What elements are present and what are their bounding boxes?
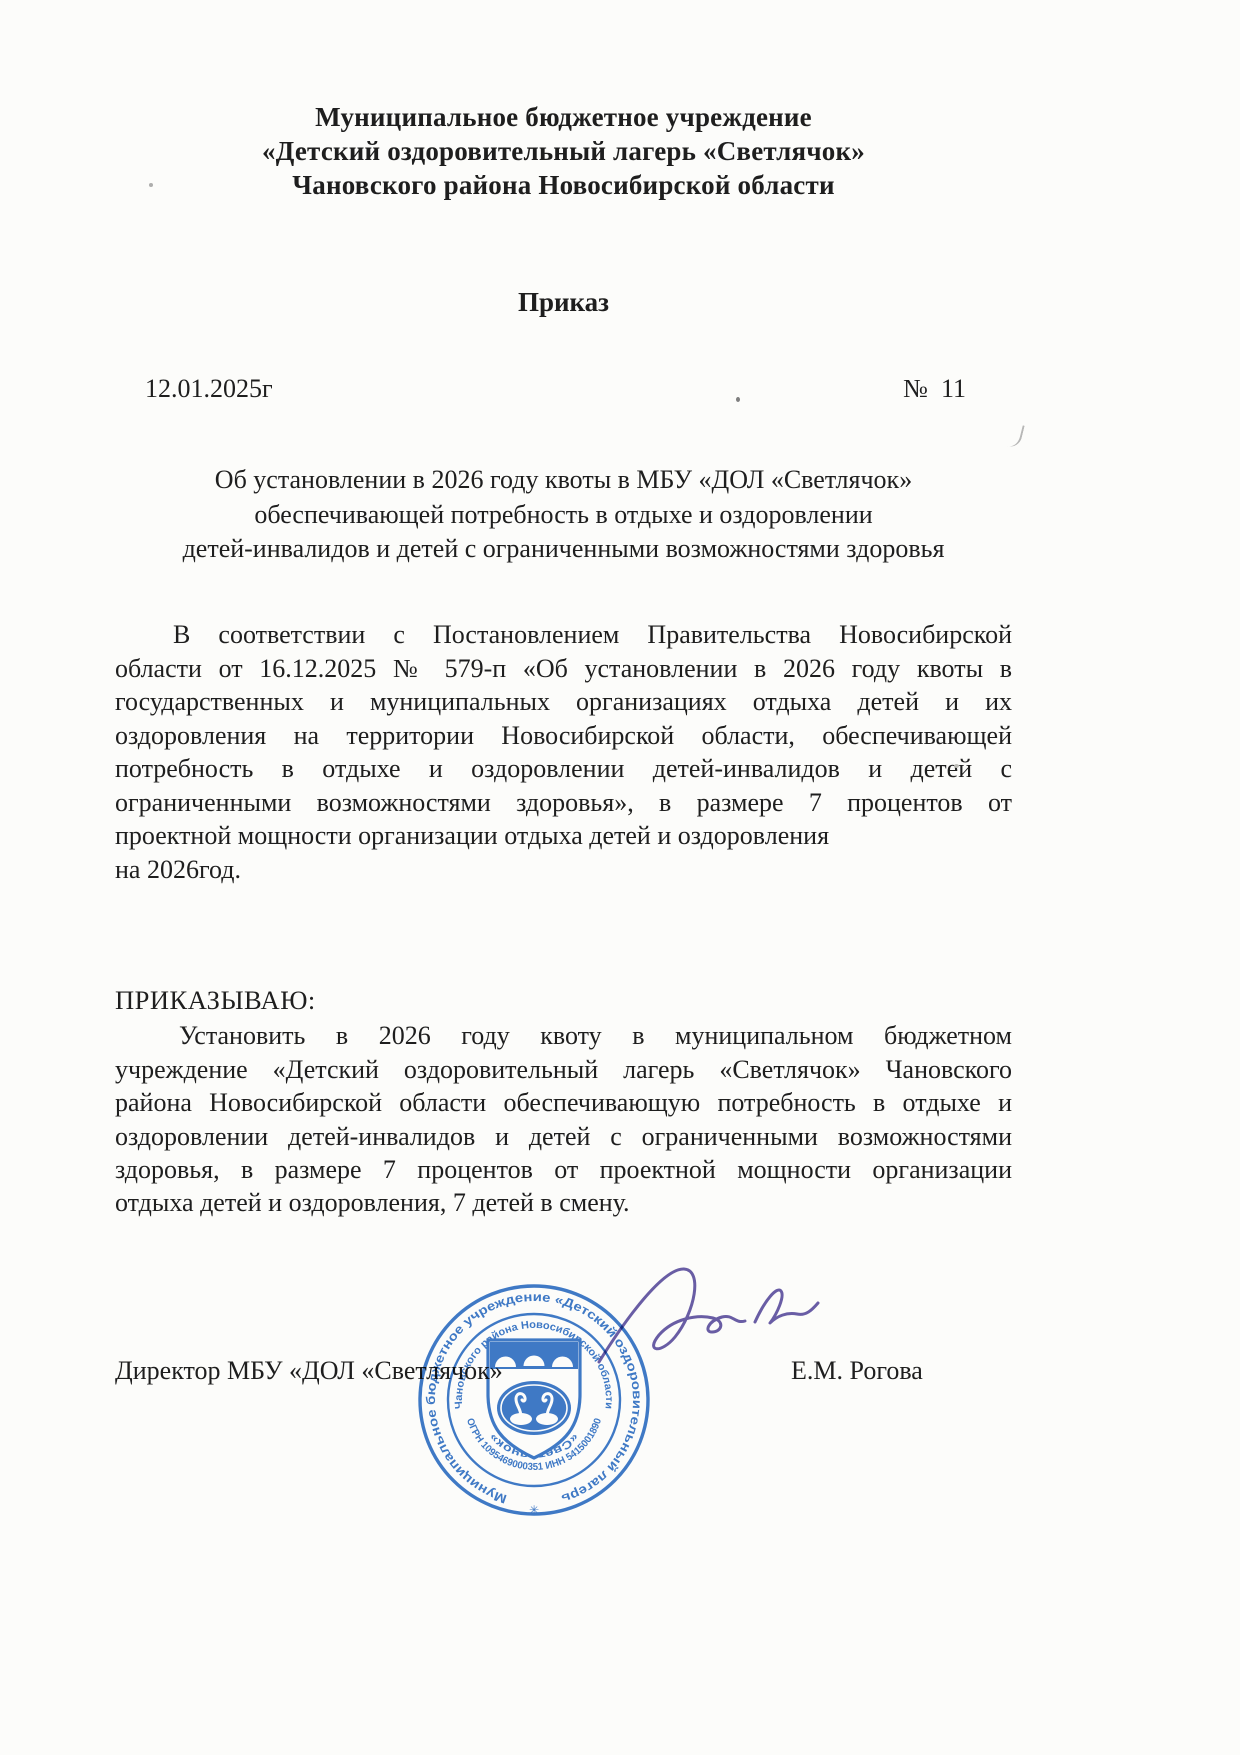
- handwritten-signature: [585, 1258, 825, 1383]
- order-number: № 11: [903, 374, 966, 404]
- text-line: Об установлении в 2026 году квоты в МБУ …: [115, 463, 1012, 498]
- order-paragraph: Установить в 2026 году квоту в муниципал…: [115, 1019, 1012, 1187]
- text-line: проектной мощности организации отдыха де…: [115, 819, 1012, 853]
- order-paragraph-end: отдыха детей и оздоровления, 7 детей в с…: [115, 1186, 1012, 1220]
- text-line: района Новосибирской области обеспечиваю…: [115, 1086, 1012, 1120]
- text-line: Установить в 2026 году квоту в муниципал…: [115, 1019, 1012, 1053]
- text-line: потребность в отдыхе и оздоровлении дете…: [115, 752, 1012, 786]
- text-line: оздоровления на территории Новосибирской…: [115, 719, 1012, 753]
- scan-speck: [736, 397, 740, 402]
- text-line: обеспечивающей потребность в отдыхе и оз…: [115, 498, 1012, 533]
- text-line: В соответствии с Постановлением Правител…: [115, 618, 1012, 652]
- order-date: 12.01.2025г: [145, 374, 273, 404]
- text-line: оздоровлении детей-инвалидов и детей с о…: [115, 1120, 1012, 1154]
- subject-heading: Об установлении в 2026 году квоты в МБУ …: [115, 463, 1012, 567]
- scanned-order-document: Муниципальное бюджетное учреждение«Детск…: [0, 0, 1240, 1755]
- org-name-header: Муниципальное бюджетное учреждение«Детск…: [115, 100, 1012, 202]
- text-line: Муниципальное бюджетное учреждение: [115, 100, 1012, 134]
- decree-word: ПРИКАЗЫВАЮ:: [115, 985, 1012, 1016]
- text-line: здоровья, в размере 7 процентов от проек…: [115, 1153, 1012, 1187]
- text-line: государственных и муниципальных организа…: [115, 685, 1012, 719]
- stamp-star-icon: ✳: [529, 1503, 539, 1517]
- text-line: ограниченными возможностями здоровья», в…: [115, 786, 1012, 820]
- text-line: отдыха детей и оздоровления, 7 детей в с…: [115, 1186, 1012, 1220]
- scan-mark: [1007, 423, 1024, 449]
- document-title: Приказ: [115, 287, 1012, 318]
- preamble-paragraph: В соответствии с Постановлением Правител…: [115, 618, 1012, 819]
- text-line: на 2026год.: [115, 853, 1012, 887]
- preamble-paragraph-end: проектной мощности организации отдыха де…: [115, 819, 1012, 886]
- text-line: «Детский оздоровительный лагерь «Светляч…: [115, 134, 1012, 168]
- text-line: детей-инвалидов и детей с ограниченными …: [115, 532, 1012, 567]
- text-line: области от 16.12.2025 № 579-п «Об устано…: [115, 652, 1012, 686]
- text-line: Чановского района Новосибирской области: [115, 168, 1012, 202]
- text-line: учреждение «Детский оздоровительный лаге…: [115, 1053, 1012, 1087]
